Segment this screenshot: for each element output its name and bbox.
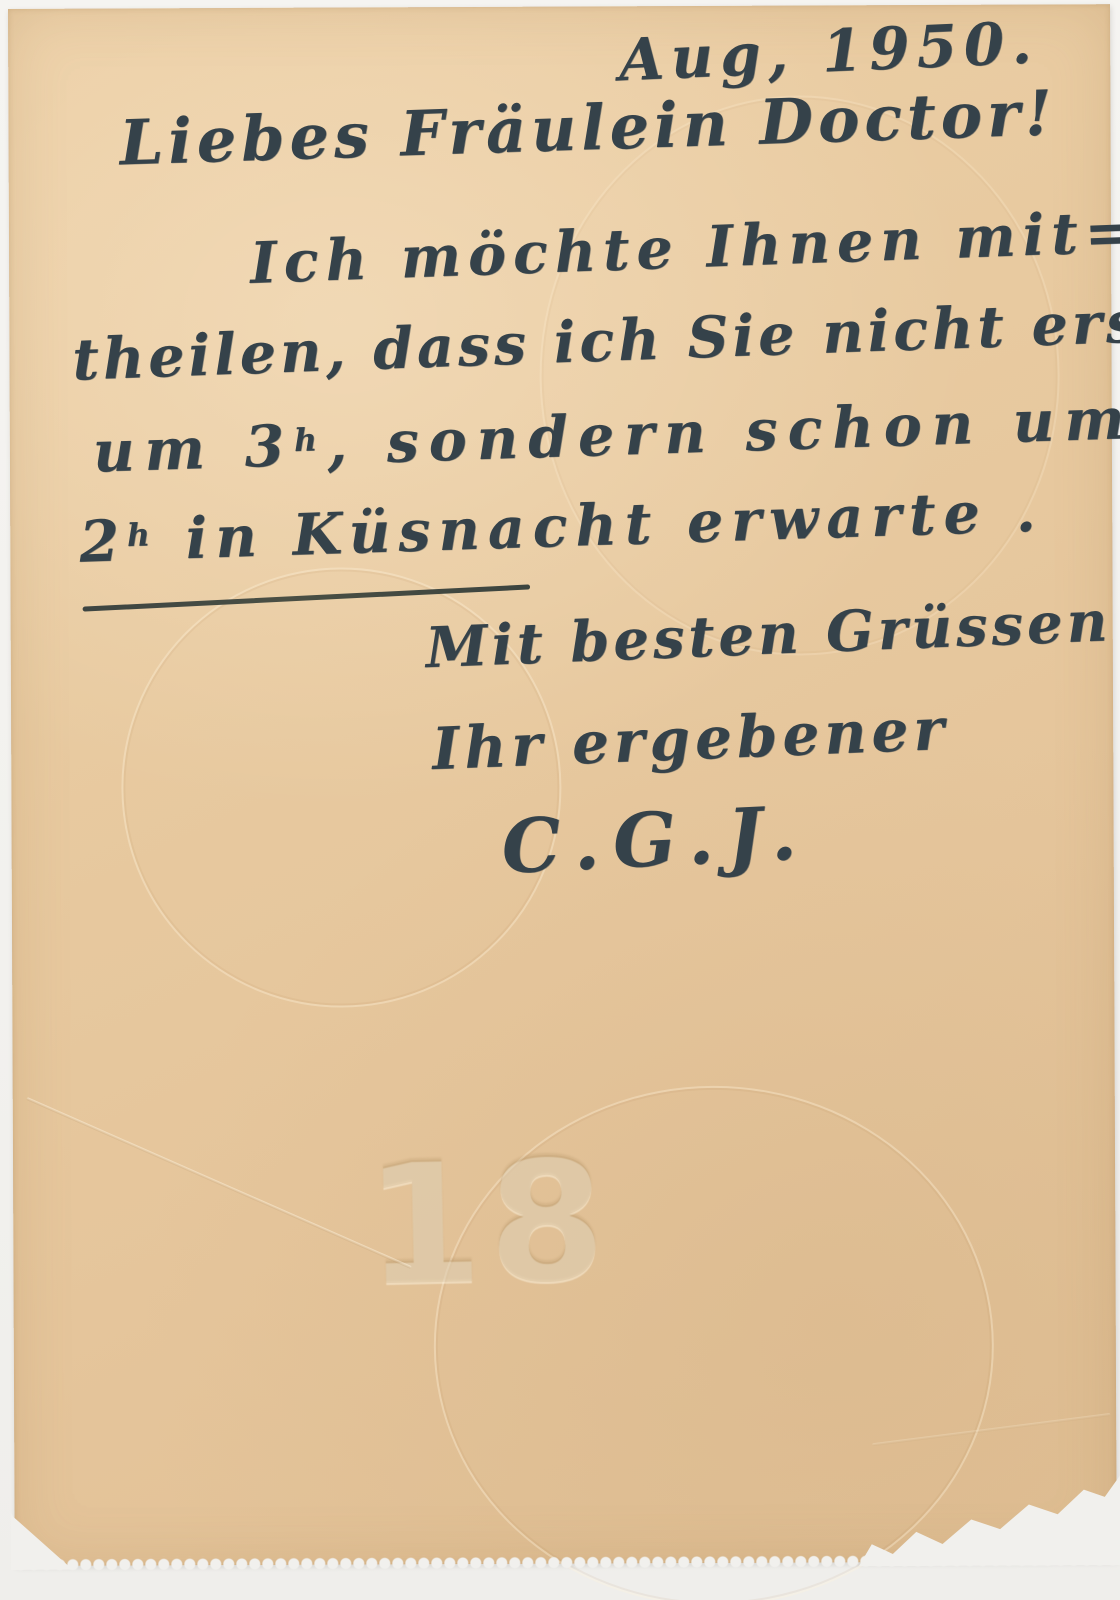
- letter-closing: Mit besten Grüssen: [424, 588, 1112, 681]
- scanned-letter-page: 18 Aug, 1950. Liebes Fräulein Doctor! Ic…: [0, 0, 1120, 1600]
- superscript-hour: h: [293, 422, 327, 459]
- body-line-3-text: um 3: [92, 412, 295, 485]
- paper-crease: [26, 1097, 412, 1269]
- embossed-ring: [538, 94, 1060, 656]
- embossed-number-watermark: 18: [363, 1122, 613, 1323]
- letter-signature: C.G.J.: [500, 790, 812, 891]
- superscript-hour: h: [126, 517, 158, 554]
- letter-card: 18 Aug, 1950. Liebes Fräulein Doctor! Ic…: [8, 4, 1117, 1566]
- body-line-4-text: 2: [78, 507, 128, 576]
